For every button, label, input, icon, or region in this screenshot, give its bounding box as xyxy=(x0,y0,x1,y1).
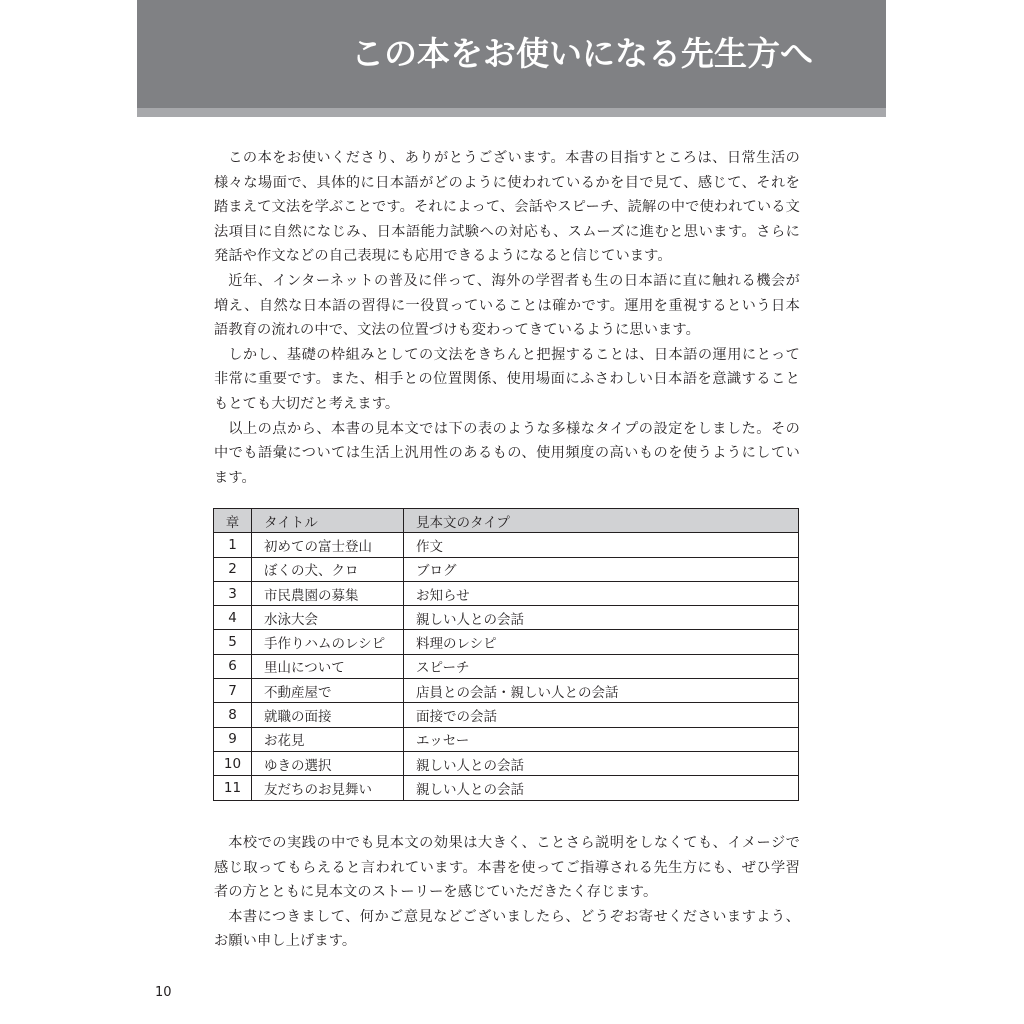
text-type: 料理のレシピ xyxy=(404,630,799,654)
text-type: スピーチ xyxy=(404,654,799,678)
chapter-title: 手作りハムのレシピ xyxy=(252,630,404,654)
column-header-title: タイトル xyxy=(252,509,404,533)
intro-paragraph: しかし、基礎の枠組みとしての文法をきちんと把握することは、日本語の運用にとって非… xyxy=(214,343,800,417)
chapter-number: 9 xyxy=(214,727,252,751)
table-row: 8 就職の面接 面接での会話 xyxy=(214,703,799,727)
table-row: 1 初めての富士登山 作文 xyxy=(214,533,799,557)
text-type: お知らせ xyxy=(404,581,799,605)
chapter-title: 就職の面接 xyxy=(252,703,404,727)
chapter-title: 初めての富士登山 xyxy=(252,533,404,557)
table-header-row: 章 タイトル 見本文のタイプ xyxy=(214,509,799,533)
text-type: 親しい人との会話 xyxy=(404,606,799,630)
intro-paragraph: 近年、インターネットの普及に伴って、海外の学習者も生の日本語に直に触れる機会が増… xyxy=(214,269,800,343)
table-row: 10 ゆきの選択 親しい人との会話 xyxy=(214,751,799,775)
chapter-number: 2 xyxy=(214,557,252,581)
page-number: 10 xyxy=(155,985,172,1000)
text-type: 店員との会話・親しい人との会話 xyxy=(404,679,799,703)
table-row: 9 お花見 エッセー xyxy=(214,727,799,751)
table-row: 11 友だちのお見舞い 親しい人との会話 xyxy=(214,776,799,800)
chapter-title: ゆきの選択 xyxy=(252,751,404,775)
table-row: 6 里山について スピーチ xyxy=(214,654,799,678)
chapter-number: 7 xyxy=(214,679,252,703)
outro-section: 本校での実践の中でも見本文の効果は大きく、ことさら説明をしなくても、イメージで感… xyxy=(214,831,800,954)
header-band: この本をお使いになる先生方へ xyxy=(137,0,886,108)
chapter-title: 水泳大会 xyxy=(252,606,404,630)
table-row: 3 市民農園の募集 お知らせ xyxy=(214,581,799,605)
column-header-chapter: 章 xyxy=(214,509,252,533)
chapter-number: 3 xyxy=(214,581,252,605)
chapter-number: 10 xyxy=(214,751,252,775)
chapter-title: ぼくの犬、クロ xyxy=(252,557,404,581)
text-type: 面接での会話 xyxy=(404,703,799,727)
header-accent-strip xyxy=(137,108,886,117)
text-type: ブログ xyxy=(404,557,799,581)
chapter-number: 11 xyxy=(214,776,252,800)
text-type: 親しい人との会話 xyxy=(404,776,799,800)
chapter-title: お花見 xyxy=(252,727,404,751)
table-row: 2 ぼくの犬、クロ ブログ xyxy=(214,557,799,581)
outro-paragraph: 本書につきまして、何かご意見などございましたら、どうぞお寄せくださいますよう、お… xyxy=(214,905,800,954)
table-row: 5 手作りハムのレシピ 料理のレシピ xyxy=(214,630,799,654)
chapter-table: 章 タイトル 見本文のタイプ 1 初めての富士登山 作文 2 ぼくの犬、クロ ブ… xyxy=(213,508,799,801)
table-row: 4 水泳大会 親しい人との会話 xyxy=(214,606,799,630)
chapter-title: 友だちのお見舞い xyxy=(252,776,404,800)
intro-paragraph: 以上の点から、本書の見本文では下の表のような多様なタイプの設定をしました。その中… xyxy=(214,417,800,491)
chapter-number: 4 xyxy=(214,606,252,630)
chapter-number: 1 xyxy=(214,533,252,557)
text-type: 作文 xyxy=(404,533,799,557)
chapter-number: 5 xyxy=(214,630,252,654)
column-header-type: 見本文のタイプ xyxy=(404,509,799,533)
text-type: 親しい人との会話 xyxy=(404,751,799,775)
text-type: エッセー xyxy=(404,727,799,751)
chapter-title: 不動産屋で xyxy=(252,679,404,703)
intro-paragraph: この本をお使いくださり、ありがとうございます。本書の目指すところは、日常生活の様… xyxy=(214,146,800,269)
outro-paragraph: 本校での実践の中でも見本文の効果は大きく、ことさら説明をしなくても、イメージで感… xyxy=(214,831,800,905)
chapter-title: 市民農園の募集 xyxy=(252,581,404,605)
intro-section: この本をお使いくださり、ありがとうございます。本書の目指すところは、日常生活の様… xyxy=(214,146,800,490)
table-row: 7 不動産屋で 店員との会話・親しい人との会話 xyxy=(214,679,799,703)
chapter-title: 里山について xyxy=(252,654,404,678)
chapter-number: 8 xyxy=(214,703,252,727)
chapter-number: 6 xyxy=(214,654,252,678)
page-title: この本をお使いになる先生方へ xyxy=(351,30,813,78)
